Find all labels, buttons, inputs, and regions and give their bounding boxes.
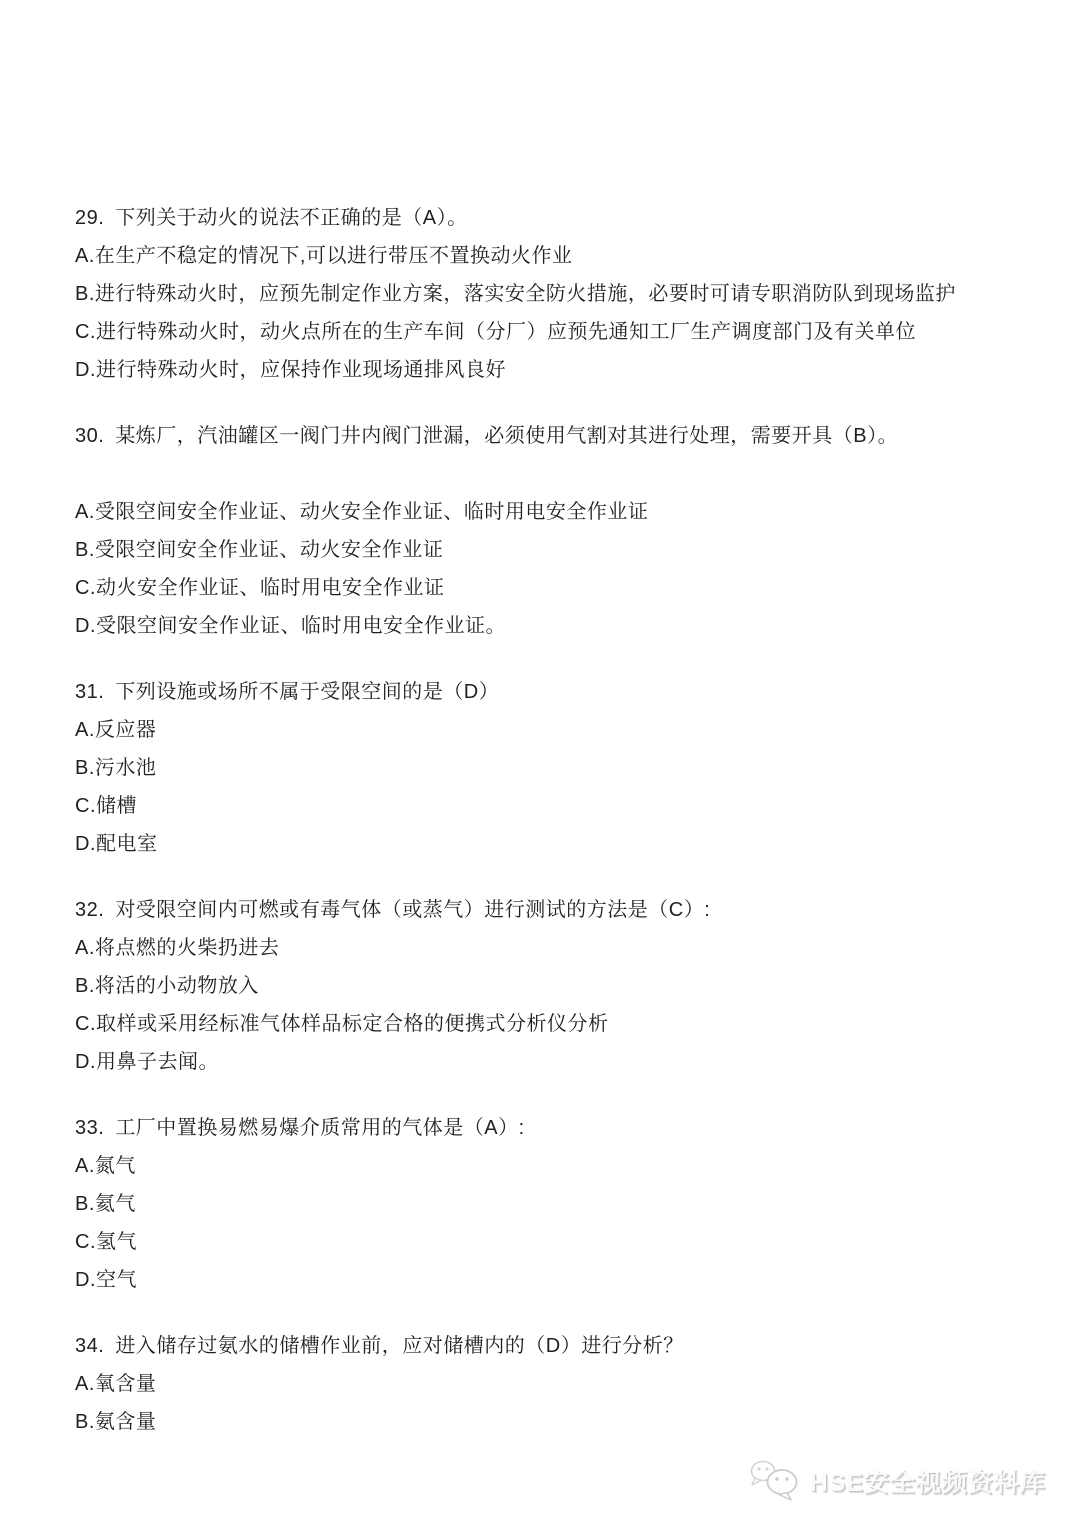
question-30-number: 30.	[75, 425, 104, 447]
question-31-title: 31.下列设施或场所不属于受限空间的是（D）	[75, 673, 1010, 711]
wechat-icon	[749, 1458, 805, 1504]
question-30-option-b: B.受限空间安全作业证、动火安全作业证	[75, 531, 1010, 569]
question-29: 29.下列关于动火的说法不正确的是（A）。 A.在生产不稳定的情况下,可以进行带…	[75, 199, 1010, 389]
question-33-option-c: C.氢气	[75, 1223, 1010, 1261]
question-34-option-a: A.氧含量	[75, 1365, 1010, 1403]
blank-line	[75, 455, 1010, 493]
question-31-option-c: C.储槽	[75, 787, 1010, 825]
question-31-option-b: B.污水池	[75, 749, 1010, 787]
question-33: 33.工厂中置换易燃易爆介质常用的气体是（A）: A.氮气 B.氦气 C.氢气 …	[75, 1109, 1010, 1299]
question-29-option-c: C.进行特殊动火时，动火点所在的生产车间（分厂）应预先通知工厂生产调度部门及有关…	[75, 313, 1010, 351]
question-31-number: 31.	[75, 681, 104, 703]
question-29-text: 下列关于动火的说法不正确的是（A）。	[115, 207, 467, 229]
question-29-title: 29.下列关于动火的说法不正确的是（A）。	[75, 199, 1010, 237]
question-32-title: 32.对受限空间内可燃或有毒气体（或蒸气）进行测试的方法是（C）:	[75, 891, 1010, 929]
question-29-option-a: A.在生产不稳定的情况下,可以进行带压不置换动火作业	[75, 237, 1010, 275]
question-30-option-d: D.受限空间安全作业证、临时用电安全作业证。	[75, 607, 1010, 645]
question-32: 32.对受限空间内可燃或有毒气体（或蒸气）进行测试的方法是（C）: A.将点燃的…	[75, 891, 1010, 1081]
exam-page: 29.下列关于动火的说法不正确的是（A）。 A.在生产不稳定的情况下,可以进行带…	[0, 0, 1080, 1441]
question-32-number: 32.	[75, 899, 104, 921]
watermark: HSE安全视频资料库	[749, 1458, 1046, 1504]
question-32-option-a: A.将点燃的火柴扔进去	[75, 929, 1010, 967]
question-33-option-a: A.氮气	[75, 1147, 1010, 1185]
question-31-option-d: D.配电室	[75, 825, 1010, 863]
watermark-label: HSE安全视频资料库	[810, 1463, 1046, 1499]
question-34-option-b: B.氨含量	[75, 1403, 1010, 1441]
question-33-text: 工厂中置换易燃易爆介质常用的气体是（A）:	[115, 1117, 524, 1139]
question-33-option-d: D.空气	[75, 1261, 1010, 1299]
question-34-title: 34.进入储存过氨水的储槽作业前，应对储槽内的（D）进行分析？	[75, 1327, 1010, 1365]
question-32-text: 对受限空间内可燃或有毒气体（或蒸气）进行测试的方法是（C）:	[115, 899, 710, 921]
question-29-option-b: B.进行特殊动火时，应预先制定作业方案，落实安全防火措施，必要时可请专职消防队到…	[75, 275, 1010, 313]
question-30-option-c: C.动火安全作业证、临时用电安全作业证	[75, 569, 1010, 607]
question-30-option-a: A.受限空间安全作业证、动火安全作业证、临时用电安全作业证	[75, 493, 1010, 531]
question-30: 30.某炼厂，汽油罐区一阀门井内阀门泄漏，必须使用气割对其进行处理，需要开具（B…	[75, 417, 1010, 645]
question-32-option-c: C.取样或采用经标准气体样品标定合格的便携式分析仪分析	[75, 1005, 1010, 1043]
question-31-option-a: A.反应器	[75, 711, 1010, 749]
question-33-number: 33.	[75, 1117, 104, 1139]
question-33-option-b: B.氦气	[75, 1185, 1010, 1223]
question-32-option-b: B.将活的小动物放入	[75, 967, 1010, 1005]
question-29-number: 29.	[75, 207, 104, 229]
question-31: 31.下列设施或场所不属于受限空间的是（D） A.反应器 B.污水池 C.储槽 …	[75, 673, 1010, 863]
question-34-text: 进入储存过氨水的储槽作业前，应对储槽内的（D）进行分析？	[115, 1335, 683, 1357]
question-32-option-d: D.用鼻子去闻。	[75, 1043, 1010, 1081]
question-33-title: 33.工厂中置换易燃易爆介质常用的气体是（A）:	[75, 1109, 1010, 1147]
question-34: 34.进入储存过氨水的储槽作业前，应对储槽内的（D）进行分析？ A.氧含量 B.…	[75, 1327, 1010, 1441]
question-30-title: 30.某炼厂，汽油罐区一阀门井内阀门泄漏，必须使用气割对其进行处理，需要开具（B…	[75, 417, 1010, 455]
question-31-text: 下列设施或场所不属于受限空间的是（D）	[115, 681, 499, 703]
question-30-text: 某炼厂，汽油罐区一阀门井内阀门泄漏，必须使用气割对其进行处理，需要开具（B）。	[115, 425, 898, 447]
question-29-option-d: D.进行特殊动火时，应保持作业现场通排风良好	[75, 351, 1010, 389]
question-34-number: 34.	[75, 1335, 104, 1357]
